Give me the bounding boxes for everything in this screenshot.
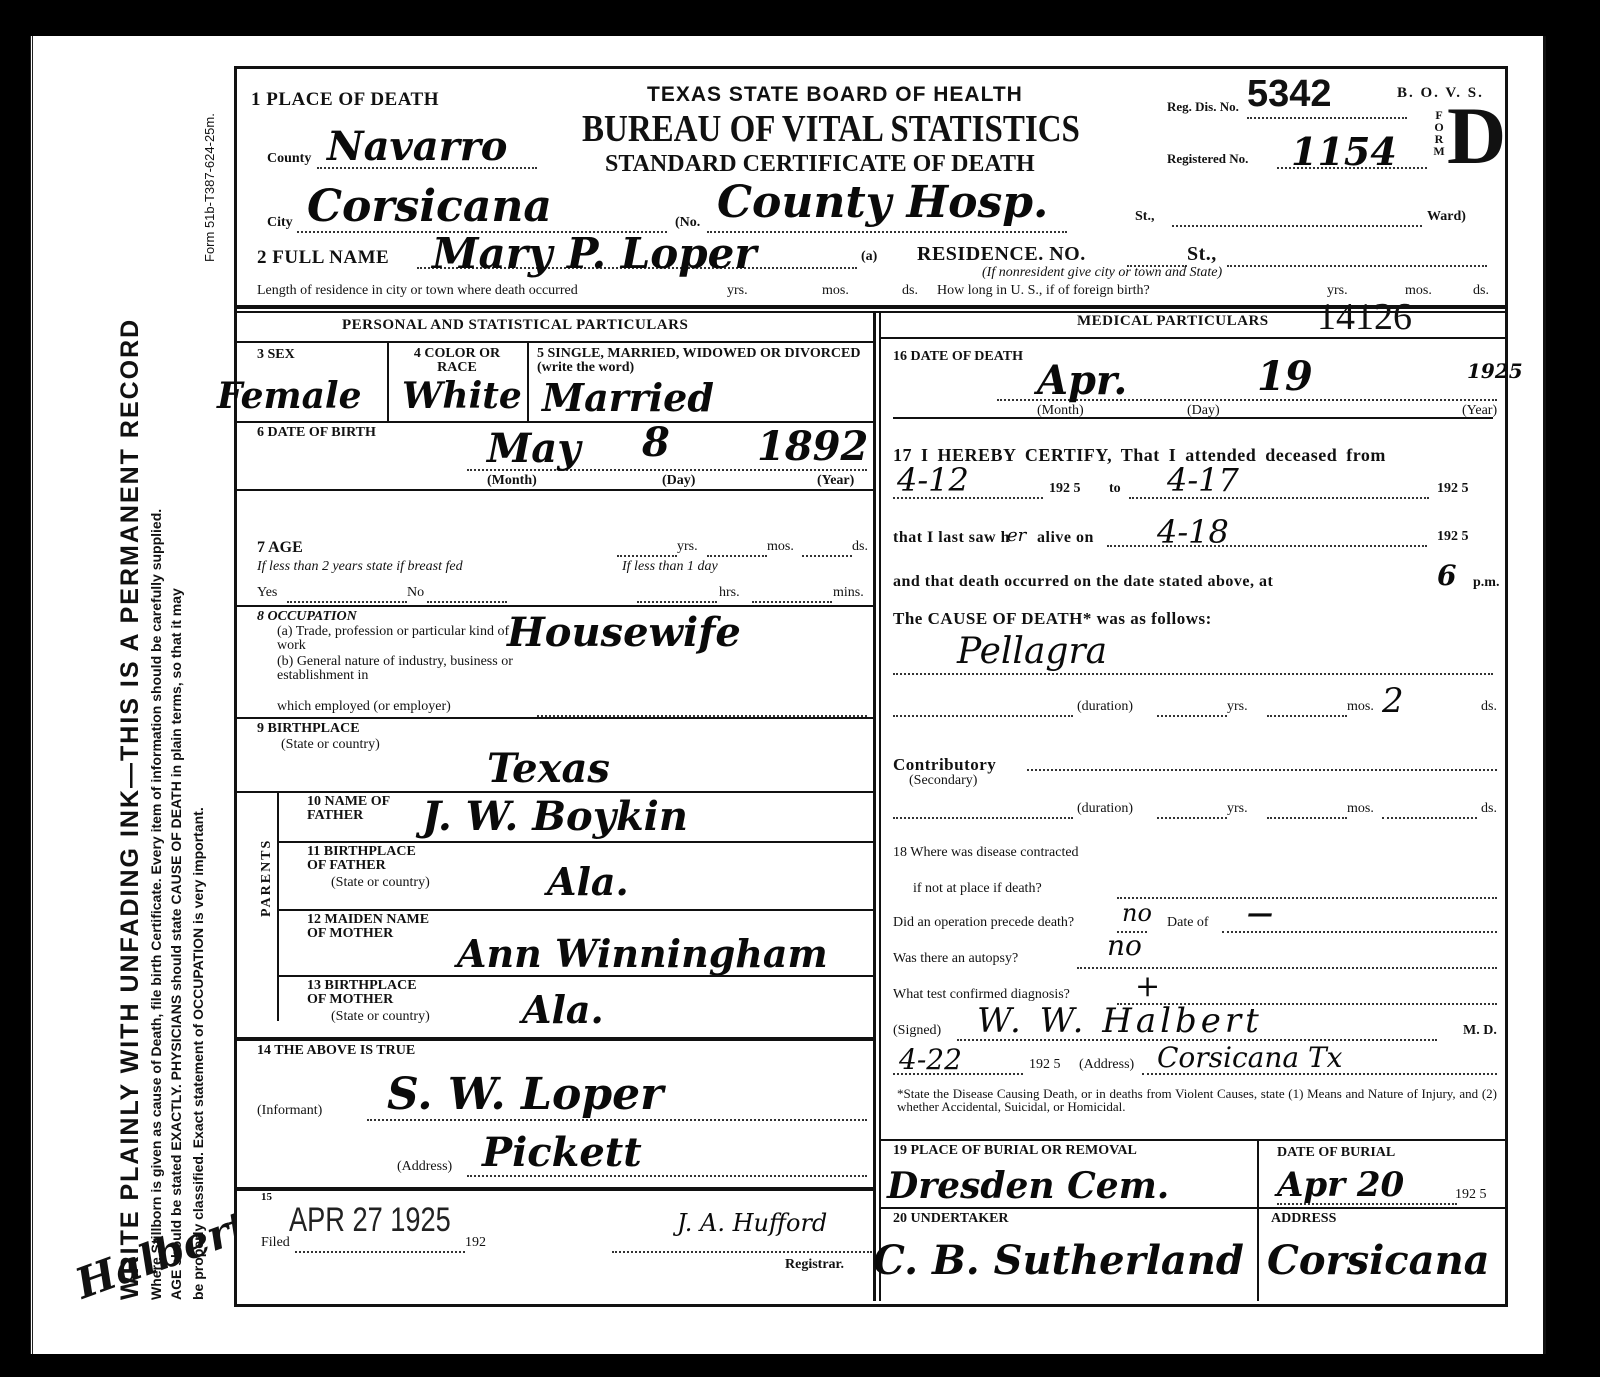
undertaker-address-label: ADDRESS <box>1271 1211 1336 1227</box>
signed-label: (Signed) <box>893 1023 941 1039</box>
age-note: If less than 2 years state if breast fed <box>257 559 463 575</box>
registrar-signature[interactable]: J. A. Hufford <box>677 1209 827 1237</box>
operation-date-label: Date of <box>1167 915 1209 931</box>
secondary-label: (Secondary) <box>909 773 977 789</box>
registered-label: Registered No. <box>1167 151 1248 167</box>
residence-mos: mos. <box>822 283 849 299</box>
county-label: County <box>267 151 311 167</box>
cause-of-death-label: The CAUSE OF DEATH* was as follows: <box>893 609 1212 629</box>
cause-duration-mos-value[interactable]: 2 <box>1382 681 1404 721</box>
cause-duration-ds: ds. <box>1481 699 1497 715</box>
occupation-c-label: which employed (or employer) <box>277 699 451 715</box>
md-label: M. D. <box>1463 1023 1497 1039</box>
dob-month-caption: (Month) <box>487 473 537 489</box>
informant-value[interactable]: S. W. Loper <box>387 1069 663 1120</box>
signed-year: 192 5 <box>1029 1057 1061 1073</box>
residence-st-label: St., <box>1187 243 1217 266</box>
occupation-a-label: (a) Trade, profession or particular kind… <box>277 625 517 653</box>
dob-month[interactable]: May <box>487 425 580 472</box>
q18-sub: if not at place if death? <box>913 881 1042 897</box>
marital-label: 5 SINGLE, MARRIED, WIDOWED OR DIVORCED (… <box>537 347 867 375</box>
age-yrs: yrs. <box>677 539 698 555</box>
mother-birthplace-value[interactable]: Ala. <box>522 987 604 1032</box>
margin-instruction-heading: WRITE PLAINLY WITH UNFADING INK—THIS IS … <box>116 318 145 1300</box>
last-saw-year: 192 5 <box>1437 529 1469 545</box>
filed-stamp: APR 27 1925 <box>289 1201 451 1240</box>
sex-label: 3 SEX <box>257 347 295 363</box>
last-saw-date[interactable]: 4-18 <box>1157 513 1229 551</box>
test-value[interactable]: + <box>1135 969 1160 1004</box>
full-name-value[interactable]: Mary P. Loper <box>432 229 757 278</box>
signed-date[interactable]: 4-22 <box>899 1043 962 1076</box>
father-birthplace-label: 11 BIRTHPLACE OF FATHER <box>307 845 427 873</box>
residence-ds: ds. <box>902 283 918 299</box>
breast-fed-yes: Yes <box>257 585 277 601</box>
filed-192: 192 <box>465 1235 486 1251</box>
contributory-label: Contributory <box>893 755 996 775</box>
color-value[interactable]: White <box>402 375 522 417</box>
place-of-death-label: 1 PLACE OF DEATH <box>251 89 439 111</box>
above-is-true-label: 14 THE ABOVE IS TRUE <box>257 1043 415 1059</box>
last-saw-text: that I last saw h <box>893 529 1010 547</box>
age-mins: mins. <box>833 585 864 601</box>
attended-to-date[interactable]: 4-17 <box>1167 461 1239 499</box>
street-no-value[interactable]: County Hosp. <box>717 177 1048 228</box>
city-value[interactable]: Corsicana <box>307 181 552 232</box>
age-hrs: hrs. <box>719 585 740 601</box>
contrib-duration-mos: mos. <box>1347 801 1374 817</box>
mother-name-label: 12 MAIDEN NAME OF MOTHER <box>307 913 447 941</box>
dod-day[interactable]: 19 <box>1257 353 1313 400</box>
parents-label: PARENTS <box>259 857 275 917</box>
q18-label: 18 Where was disease contracted <box>893 845 1079 861</box>
city-label: City <box>267 215 293 231</box>
filed-number: 15 <box>261 1191 272 1203</box>
signed-address-label: (Address) <box>1079 1057 1134 1073</box>
informant-address-label: (Address) <box>397 1159 452 1175</box>
informant-label: (Informant) <box>257 1103 322 1119</box>
undertaker-label: 20 UNDERTAKER <box>893 1211 1009 1227</box>
residence-label: RESIDENCE. NO. <box>917 243 1086 266</box>
foreign-birth-label: How long in U. S., if of foreign birth? <box>937 283 1150 299</box>
burial-date-value[interactable]: Apr 20 <box>1277 1165 1404 1205</box>
birthplace-sub: (State or country) <box>281 737 380 753</box>
reg-dis-value: 5342 <box>1247 73 1332 116</box>
cause-duration-yrs: yrs. <box>1227 699 1248 715</box>
father-birthplace-value[interactable]: Ala. <box>547 859 629 904</box>
cause-of-death-value[interactable]: Pellagra <box>957 631 1107 672</box>
bureau-title: BUREAU OF VITAL STATISTICS <box>582 109 1080 152</box>
form-label: FORM <box>1433 109 1445 157</box>
occupation-value[interactable]: Housewife <box>507 609 741 656</box>
death-certificate-form: 1 PLACE OF DEATH TEXAS STATE BOARD OF HE… <box>234 66 1508 1307</box>
father-name-label: 10 NAME OF FATHER <box>307 795 417 823</box>
operation-date-value[interactable]: — <box>1247 899 1273 929</box>
burial-date-label: DATE OF BURIAL <box>1277 1145 1395 1161</box>
physician-signature[interactable]: W. W. Halbert <box>977 1001 1263 1041</box>
filed-label: Filed <box>261 1235 290 1251</box>
registered-value: 1154 <box>1291 129 1397 174</box>
age-ds: ds. <box>852 539 868 555</box>
mother-birthplace-sub: (State or country) <box>331 1009 430 1025</box>
margin-instruction-line1: Where Stillborn is given as cause of Dea… <box>148 509 164 1300</box>
mother-name-value[interactable]: Ann Winningham <box>457 931 828 976</box>
occupation-label: 8 OCCUPATION <box>257 609 357 625</box>
attended-from-date[interactable]: 4-12 <box>897 461 969 499</box>
board-title: TEXAS STATE BOARD OF HEALTH <box>647 83 1023 107</box>
attended-to-year: 192 5 <box>1437 481 1469 497</box>
marital-value[interactable]: Married <box>542 375 714 420</box>
form-number: Form 51b-T387-624-25m. <box>202 113 217 262</box>
county-value[interactable]: Navarro <box>327 123 507 170</box>
breast-fed-no: No <box>407 585 424 601</box>
age-label: 7 AGE <box>257 539 303 557</box>
attended-to-label: to <box>1109 481 1121 497</box>
dod-month[interactable]: Apr. <box>1037 357 1127 404</box>
cause-duration-mos: mos. <box>1347 699 1374 715</box>
medical-stamp-number: 14126 <box>1317 295 1412 339</box>
sex-value[interactable]: Female <box>217 375 362 417</box>
dob-day[interactable]: 8 <box>642 419 670 466</box>
cause-footnote: *State the Disease Causing Death, or in … <box>897 1087 1497 1113</box>
autopsy-label: Was there an autopsy? <box>893 951 1018 967</box>
dob-year[interactable]: 1892 <box>757 423 868 470</box>
undertaker-address-value[interactable]: Corsicana <box>1267 1237 1490 1284</box>
ward-label: Ward) <box>1427 209 1466 225</box>
margin-instruction-line2: AGE should be stated EXACTLY. PHYSICIANS… <box>168 588 184 1300</box>
cause-duration-label: (duration) <box>1077 699 1133 715</box>
foreign-ds: ds. <box>1473 283 1489 299</box>
birthplace-label: 9 BIRTHPLACE <box>257 721 360 737</box>
father-birthplace-sub: (State or country) <box>331 875 430 891</box>
father-name-value[interactable]: J. W. Boykin <box>422 793 688 840</box>
informant-address-value[interactable]: Pickett <box>482 1129 642 1176</box>
autopsy-value[interactable]: no <box>1107 929 1142 962</box>
dob-year-caption: (Year) <box>817 473 854 489</box>
registrar-label: Registrar. <box>785 1257 844 1273</box>
residence-length-label: Length of residence in city or town wher… <box>257 283 578 299</box>
dob-day-caption: (Day) <box>662 473 695 489</box>
full-name-label: 2 FULL NAME <box>257 247 389 269</box>
last-saw-pronoun[interactable]: er <box>1007 525 1026 546</box>
form-letter: D <box>1447 95 1506 177</box>
dod-year[interactable]: 1925 <box>1467 359 1523 383</box>
dob-label: 6 DATE OF BIRTH <box>257 425 376 441</box>
birthplace-value[interactable]: Texas <box>487 745 610 792</box>
burial-place-value-text[interactable]: Dresden Cem. <box>887 1165 1169 1207</box>
occupation-b-label: (b) General nature of industry, business… <box>277 655 517 683</box>
date-of-death-label: 16 DATE OF DEATH <box>893 349 1023 365</box>
nonresident-note: (If nonresident give city or town and St… <box>982 265 1222 281</box>
alive-on-label: alive on <box>1037 529 1094 547</box>
color-label: 4 COLOR OR RACE <box>397 347 517 375</box>
personal-section-title: PERSONAL AND STATISTICAL PARTICULARS <box>342 317 688 334</box>
attended-from-year: 192 5 <box>1049 481 1081 497</box>
contrib-duration-yrs: yrs. <box>1227 801 1248 817</box>
contrib-duration-label: (duration) <box>1077 801 1133 817</box>
less-than-day-note: If less than 1 day <box>622 559 718 575</box>
burial-year: 192 5 <box>1455 1187 1487 1203</box>
operation-label: Did an operation precede death? <box>893 915 1074 931</box>
death-occurred-suffix: p.m. <box>1473 575 1499 591</box>
operation-value[interactable]: no <box>1122 899 1152 927</box>
mother-birthplace-label: 13 BIRTHPLACE OF MOTHER <box>307 979 437 1007</box>
residence-yrs: yrs. <box>727 283 748 299</box>
medical-section-title: MEDICAL PARTICULARS <box>1077 313 1269 330</box>
signed-address-value[interactable]: Corsicana Tx <box>1157 1041 1342 1074</box>
certificate-title: STANDARD CERTIFICATE OF DEATH <box>605 151 1035 178</box>
contrib-duration-ds: ds. <box>1481 801 1497 817</box>
full-name-a-label: (a) <box>861 249 877 265</box>
reg-dis-label: Reg. Dis. No. <box>1167 99 1239 115</box>
city-st-label: St., <box>1135 209 1154 225</box>
undertaker-value[interactable]: C. B. Sutherland <box>873 1237 1244 1284</box>
burial-place-label: 19 PLACE OF BURIAL OR REMOVAL <box>893 1143 1137 1159</box>
death-occurred-text: and that death occurred on the date stat… <box>893 573 1273 591</box>
death-occurred-time[interactable]: 6 <box>1437 559 1456 592</box>
age-mos: mos. <box>767 539 794 555</box>
